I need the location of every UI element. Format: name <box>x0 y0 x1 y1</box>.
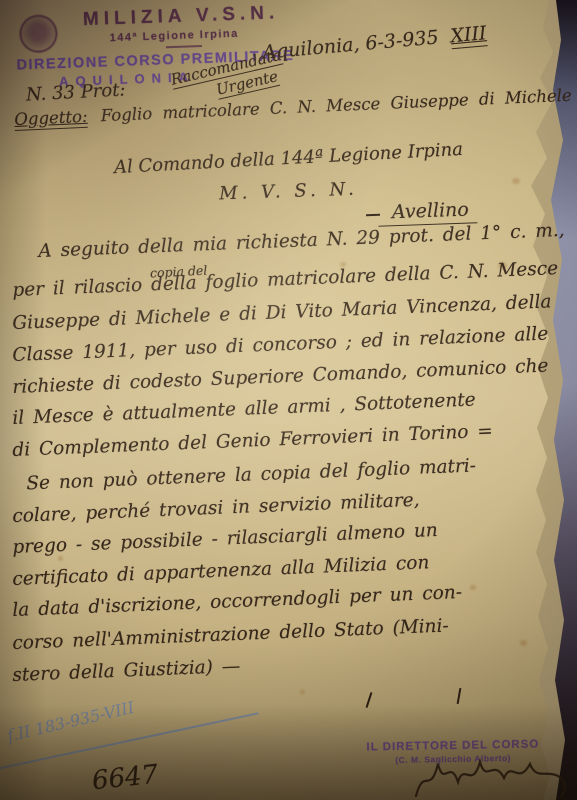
stamp-org-name: MILIZIA V.S.N. <box>83 2 280 31</box>
stamp-rule <box>166 45 202 48</box>
stamp-legion-name: 144ª Legione Irpina <box>109 28 238 45</box>
militia-eagle-emblem-icon <box>19 14 58 53</box>
director-signature <box>412 752 572 800</box>
address-line3: Avellino <box>378 198 478 226</box>
paper-stain <box>300 690 305 694</box>
document-photo: MILIZIA V.S.N. 144ª Legione Irpina DIREZ… <box>0 0 577 800</box>
subject-label: Oggetto: <box>14 107 88 131</box>
paper-stain <box>58 556 63 561</box>
dateline-era: XIII <box>450 22 488 49</box>
